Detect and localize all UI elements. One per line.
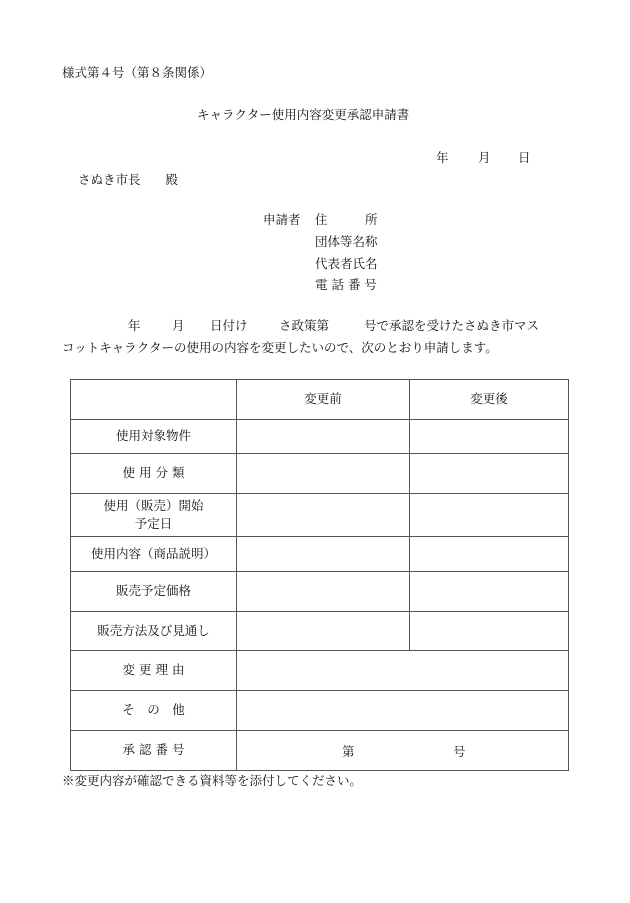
row-label-price: 販売予定価格	[71, 572, 237, 612]
body-month: 月	[172, 320, 185, 333]
category-after-cell[interactable]	[410, 454, 569, 494]
start-date-label-line1: 使用（販売）開始	[71, 497, 236, 515]
target-before-cell[interactable]	[237, 420, 410, 454]
date-day: 日	[518, 152, 531, 165]
header-blank	[71, 380, 237, 420]
row-label-sales-method: 販売方法及び見通し	[71, 612, 237, 651]
start-date-label-line2: 予定日	[71, 515, 236, 533]
body-line2: コットキャラクターの使用の内容を変更したいので、次のとおり申請します。	[62, 342, 498, 355]
body-day: 日付け	[210, 320, 248, 333]
row-label-reason: 変 更 理 由	[71, 651, 237, 691]
attachment-note: ※変更内容が確認できる資料等を添付してください。	[62, 775, 362, 788]
date-month: 月	[478, 152, 491, 165]
price-after-cell[interactable]	[410, 572, 569, 612]
body-rest: 号で承認を受けたさぬき市マス	[364, 320, 539, 333]
reason-cell[interactable]	[237, 651, 569, 691]
applicant-org-label: 団体等名称	[315, 236, 378, 249]
header-after: 変更後	[410, 380, 569, 420]
form-number: 様式第４号（第８条関係）	[62, 67, 212, 80]
price-before-cell[interactable]	[237, 572, 410, 612]
other-cell[interactable]	[237, 691, 569, 731]
start-date-after-cell[interactable]	[410, 494, 569, 537]
category-before-cell[interactable]	[237, 454, 410, 494]
row-label-approval-number: 承 認 番 号	[71, 731, 237, 771]
row-label-start-date: 使用（販売）開始 予定日	[71, 494, 237, 537]
document-title: キャラクター使用内容変更承認申請書	[197, 109, 409, 122]
target-after-cell[interactable]	[410, 420, 569, 454]
row-label-other: そ の 他	[71, 691, 237, 731]
content-before-cell[interactable]	[237, 537, 410, 572]
applicant-label: 申請者	[263, 214, 301, 227]
approval-dai: 第	[342, 743, 355, 761]
content-after-cell[interactable]	[410, 537, 569, 572]
body-year: 年	[128, 320, 141, 333]
approval-number-cell[interactable]: 第 号	[237, 731, 569, 771]
header-before: 変更前	[237, 380, 410, 420]
change-request-table: 変更前 変更後 使用対象物件 使 用 分 類 使用（販売）開始 予定日 使用内容…	[70, 379, 569, 771]
sales-method-before-cell[interactable]	[237, 612, 410, 651]
row-label-content: 使用内容（商品説明）	[71, 537, 237, 572]
date-year: 年	[436, 152, 449, 165]
start-date-before-cell[interactable]	[237, 494, 410, 537]
row-label-target: 使用対象物件	[71, 420, 237, 454]
sales-method-after-cell[interactable]	[410, 612, 569, 651]
body-policy: さ政策第	[279, 320, 329, 333]
applicant-rep-label: 代表者氏名	[315, 258, 378, 271]
approval-go: 号	[453, 743, 466, 761]
applicant-phone-label: 電 話 番 号	[315, 279, 377, 292]
row-label-category: 使 用 分 類	[71, 454, 237, 494]
applicant-address-label: 住 所	[315, 214, 378, 227]
addressee: さぬき市長 殿	[78, 174, 178, 187]
